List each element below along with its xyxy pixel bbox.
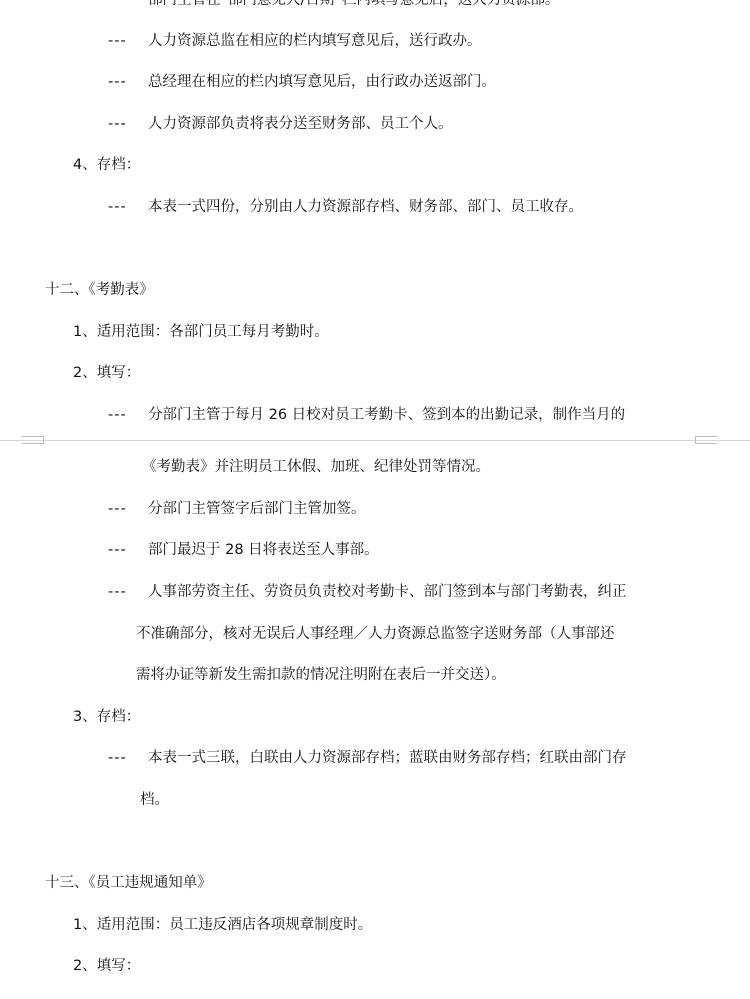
margin-corner-mark-left bbox=[22, 436, 44, 444]
list-item-line: 需将办证等新发生需扣款的情况注明附在表后一并交送）。 bbox=[136, 666, 506, 684]
list-item: 总经理在相应的栏内填写意见后，由行政办送返部门。 bbox=[148, 73, 496, 91]
dash-bullet: --- bbox=[108, 115, 127, 133]
dash-bullet: --- bbox=[108, 198, 127, 216]
list-item-line: 不准确部分，核对无误后人事经理／人力资源总监签字送财务部（人事部还 bbox=[136, 625, 615, 643]
archive-heading: 4、存档： bbox=[73, 156, 140, 174]
dash-bullet: --- bbox=[108, 406, 127, 424]
section-title: 十三、《员工违规通知单》 bbox=[45, 874, 212, 892]
dash-bullet: --- bbox=[108, 583, 127, 601]
paragraph-cut-line: 部门主管在“部门意见人/日期”栏内填写意见后，送人力资源部。 bbox=[148, 0, 559, 9]
list-item-line: 分部门主管于每月 26 日校对员工考勤卡、签到本的出勤记录，制作当月的 bbox=[148, 406, 625, 424]
list-item-line: 本表一式三联，白联由人力资源部存档；蓝联由财务部存档；红联由部门存 bbox=[148, 749, 627, 767]
list-item: 人力资源总监在相应的栏内填写意见后，送行政办。 bbox=[148, 32, 482, 50]
fill-heading: 2、填写： bbox=[73, 364, 140, 382]
list-item-line: 《考勤表》并注明员工休假、加班、纪律处罚等情况。 bbox=[142, 458, 490, 476]
list-item-line: 档。 bbox=[140, 791, 169, 809]
section-title: 十二、《考勤表》 bbox=[45, 281, 154, 299]
list-item: 人力资源部负责将表分送至财务部、员工个人。 bbox=[148, 115, 453, 133]
list-item: 分部门主管签字后部门主管加签。 bbox=[148, 500, 366, 518]
list-item-line: 人事部劳资主任、劳资员负责校对考勤卡、部门签到本与部门考勤表，纠正 bbox=[148, 583, 627, 601]
page-break-divider bbox=[0, 440, 750, 441]
dash-bullet: --- bbox=[108, 32, 127, 50]
list-item: 本表一式四份，分别由人力资源部存档、财务部、部门、员工收存。 bbox=[148, 198, 583, 216]
dash-bullet: --- bbox=[108, 749, 127, 767]
dash-bullet: --- bbox=[108, 541, 127, 559]
dash-bullet: --- bbox=[108, 73, 127, 91]
margin-corner-mark-right bbox=[695, 436, 717, 444]
scope-line: 1、适用范围：员工违反酒店各项规章制度时。 bbox=[73, 916, 372, 934]
fill-heading: 2、填写： bbox=[73, 957, 140, 975]
dash-bullet: --- bbox=[108, 500, 127, 518]
scope-line: 1、适用范围：各部门员工每月考勤时。 bbox=[73, 323, 329, 341]
archive-heading: 3、存档： bbox=[73, 708, 140, 726]
list-item: 部门最迟于 28 日将表送至人事部。 bbox=[148, 541, 379, 559]
